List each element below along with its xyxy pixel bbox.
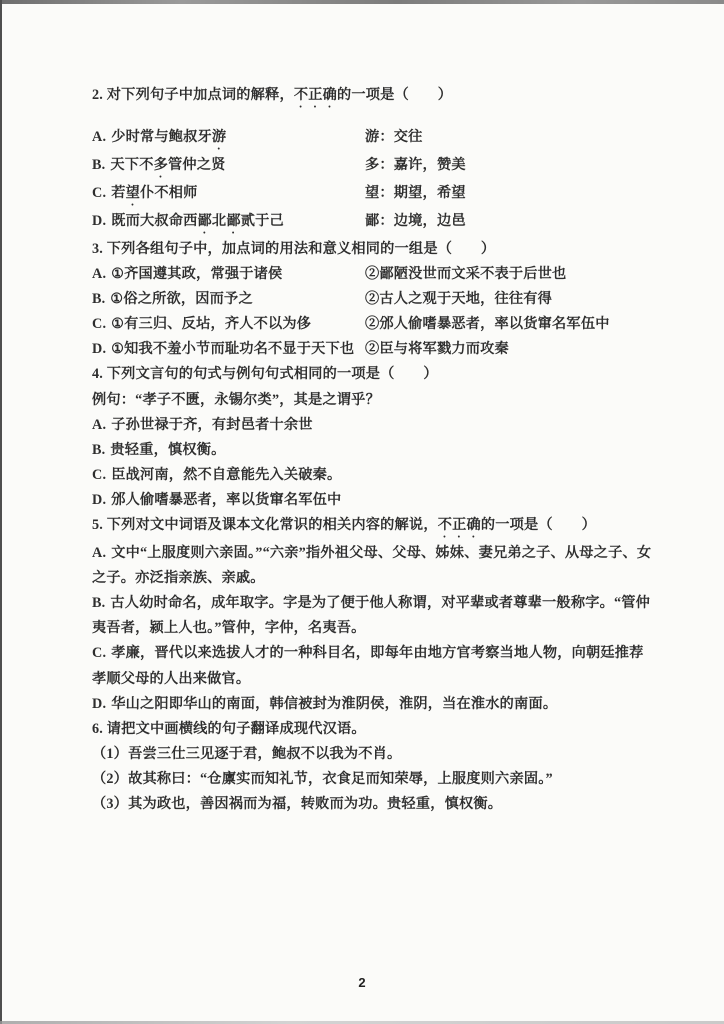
q2-option-d-label: D. xyxy=(92,213,106,229)
q4-option-b-label: B. xyxy=(92,442,105,458)
question-5-stem: 5. 下列对文中词语及课本文化常识的相关内容的解说，不正确的一项是（ ） xyxy=(92,513,654,541)
q4-example-sentence: 例句：“孝子不匮，永锡尔类”，其是之谓乎？ xyxy=(92,388,654,413)
question-2-stem: 2. 对下列句子中加点词的解释，不正确的一项是（ ） xyxy=(92,83,654,111)
q5-stem-emphasized: 不正确 xyxy=(438,517,481,533)
q3-option-a-label: A. xyxy=(92,266,106,282)
q5-option-b-label: B. xyxy=(92,595,105,611)
q5-option-a: A.文中“上服度则六亲固。”“六亲”指外祖父母、父母、姊妹、妻兄弟之子、从母之子… xyxy=(92,541,654,591)
q2-stem-emphasized: 不正确 xyxy=(294,87,337,103)
q4-option-b: B.贵轻重，慎权衡。 xyxy=(92,438,654,463)
q5-option-c-label: C. xyxy=(92,645,106,661)
page-number: 2 xyxy=(358,975,365,990)
q5-option-d: D.华山之阳即华山的南面，韩信被封为淮阴侯，淮阴，当在淮水的南面。 xyxy=(92,692,654,717)
q3-option-b-label: B. xyxy=(92,291,105,307)
scan-edge-left xyxy=(0,0,2,1024)
q2-option-c: C.若望仆不相师 望：期望，希望 xyxy=(92,181,654,209)
question-5: 5. 下列对文中词语及课本文化常识的相关内容的解说，不正确的一项是（ ） A.文… xyxy=(92,513,654,717)
question-3: 3. 下列各组句子中，加点词的用法和意义相同的一组是（ ） A.①齐国遵其政，常… xyxy=(92,237,654,362)
q3-option-a: A.①齐国遵其政，常强于诸侯 ②鄙陋没世而文采不表于后世也 xyxy=(92,262,654,287)
q2-stem-post: 的一项是（ ） xyxy=(337,87,452,103)
q6-item-1: （1）吾尝三仕三见逐于君，鲍叔不以我为不肖。 xyxy=(92,742,654,767)
q2-option-c-gloss: 望：期望，希望 xyxy=(365,181,654,209)
q4-option-c: C.臣战河南，然不自意能先入关破秦。 xyxy=(92,463,654,488)
q2-option-c-label: C. xyxy=(92,185,106,201)
exam-page-content: 2. 对下列句子中加点词的解释，不正确的一项是（ ） A.少时常与鲍叔牙游 游：… xyxy=(92,83,654,817)
q4-option-d-label: D. xyxy=(92,492,106,508)
question-3-stem: 3. 下列各组句子中，加点词的用法和意义相同的一组是（ ） xyxy=(92,237,654,262)
q2-option-a: A.少时常与鲍叔牙游 游：交往 xyxy=(92,125,654,153)
question-6: 6. 请把文中画横线的句子翻译成现代汉语。 （1）吾尝三仕三见逐于君，鲍叔不以我… xyxy=(92,717,654,817)
question-2: 2. 对下列句子中加点词的解释，不正确的一项是（ ） A.少时常与鲍叔牙游 游：… xyxy=(92,83,654,237)
scan-edge-top xyxy=(0,0,724,4)
q5-option-c: C.孝廉，晋代以来选拔人才的一种科目名，即每年由地方官考察当地人物，向朝廷推荐孝… xyxy=(92,641,654,691)
q3-option-b: B.①俗之所欲，因而予之 ②古人之观于天地，往往有得 xyxy=(92,287,654,312)
q3-option-d-label: D. xyxy=(92,341,106,357)
question-4-stem: 4. 下列文言句的句式与例句句式相同的一项是（ ） xyxy=(92,362,654,387)
q4-option-a-label: A. xyxy=(92,417,106,433)
q2-option-d: D.既而大叔命西鄙北鄙贰于己 鄙：边境，边邑 xyxy=(92,209,654,237)
q2-option-b-gloss: 多：嘉许，赞美 xyxy=(365,153,654,181)
question-4: 4. 下列文言句的句式与例句句式相同的一项是（ ） 例句：“孝子不匮，永锡尔类”… xyxy=(92,362,654,513)
q2-option-a-label: A. xyxy=(92,129,106,145)
q2-option-b-label: B. xyxy=(92,157,105,173)
q2-option-b: B.天下不多管仲之贤 多：嘉许，赞美 xyxy=(92,153,654,181)
q6-item-2: （2）故其称曰：“仓廪实而知礼节，衣食足而知荣辱，上服度则六亲固。” xyxy=(92,767,654,792)
question-6-stem: 6. 请把文中画横线的句子翻译成现代汉语。 xyxy=(92,717,654,742)
q5-option-d-label: D. xyxy=(92,696,106,712)
q3-option-d: D.①知我不羞小节而耻功名不显于天下也 ②臣与将军戮力而攻秦 xyxy=(92,337,654,362)
q2-option-d-gloss: 鄙：边境，边邑 xyxy=(365,209,654,237)
q4-option-c-label: C. xyxy=(92,467,106,483)
page-footer: 2 xyxy=(0,974,724,992)
q4-option-d: D.邠人偷嗜暴恶者，率以货窜名军伍中 xyxy=(92,488,654,513)
q6-item-3: （3）其为政也，善因祸而为福，转败而为功。贵轻重，慎权衡。 xyxy=(92,792,654,817)
q5-stem-pre: 5. 下列对文中词语及课本文化常识的相关内容的解说， xyxy=(92,517,438,533)
q4-option-a: A.子孙世禄于齐，有封邑者十余世 xyxy=(92,413,654,438)
q3-option-c: C.①有三归、反坫，齐人不以为侈 ②邠人偷嗜暴恶者，率以货窜名军伍中 xyxy=(92,312,654,337)
q2-stem-pre: 2. 对下列句子中加点词的解释， xyxy=(92,87,294,103)
q5-option-b: B.古人幼时命名，成年取字。字是为了便于他人称谓，对平辈或者尊辈一般称字。“管仲… xyxy=(92,591,654,641)
q5-stem-post: 的一项是（ ） xyxy=(481,517,596,533)
q3-option-c-label: C. xyxy=(92,316,106,332)
q2-option-a-gloss: 游：交往 xyxy=(365,125,654,153)
q5-option-a-label: A. xyxy=(92,545,106,561)
